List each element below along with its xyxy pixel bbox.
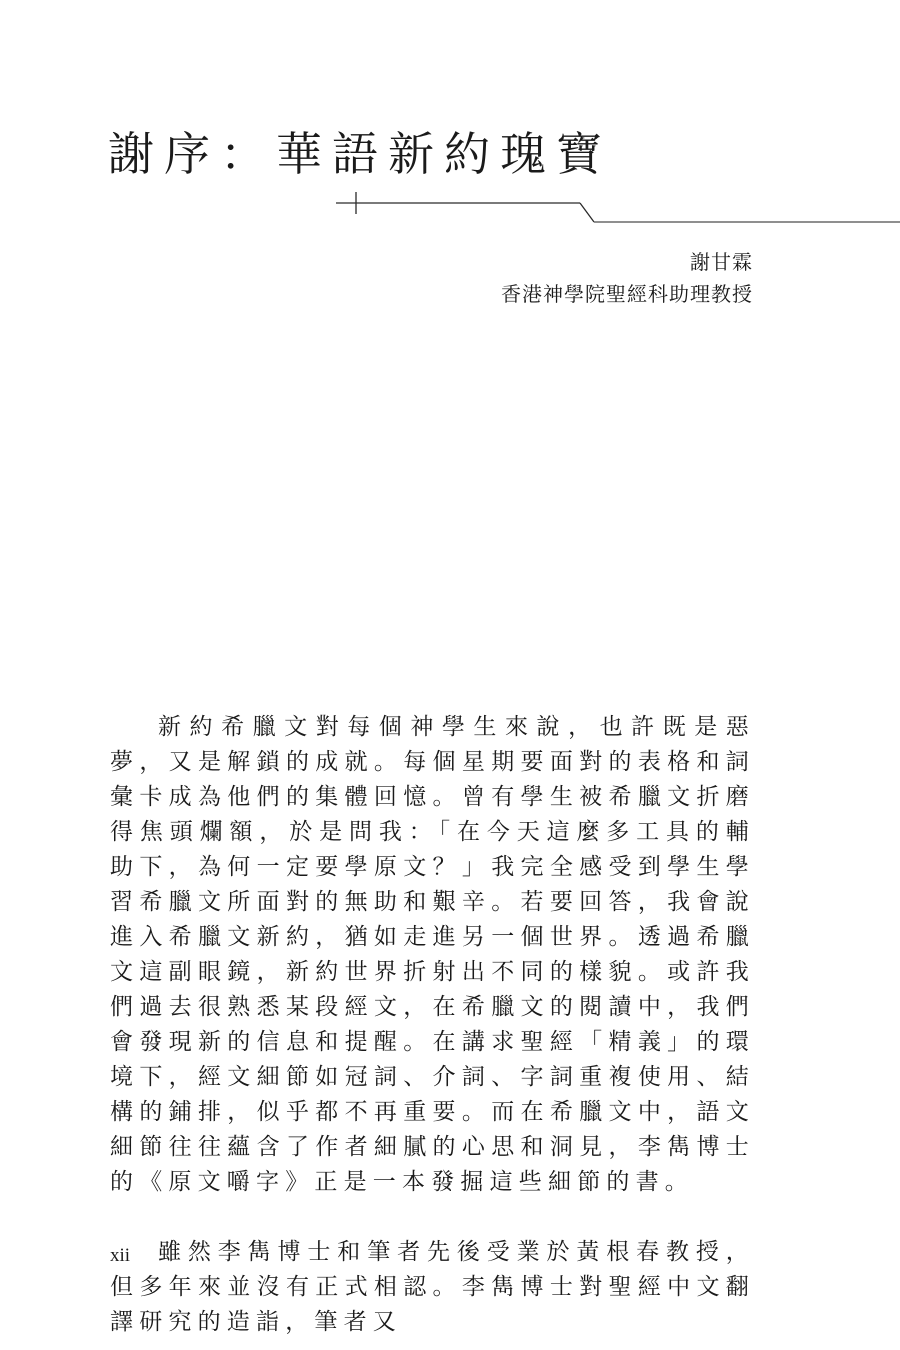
byline: 謝甘霖 香港神學院聖經科助理教授 — [501, 246, 753, 310]
body-text: 新約希臘文對每個神學生來說，也許既是惡夢，又是解鎖的成就。每個星期要面對的表格和… — [110, 710, 755, 1340]
title-rule-ornament — [0, 0, 900, 240]
paragraph: 新約希臘文對每個神學生來說，也許既是惡夢，又是解鎖的成就。每個星期要面對的表格和… — [110, 710, 755, 1200]
author-affiliation: 香港神學院聖經科助理教授 — [501, 278, 753, 310]
chapter-title: 謝序：華語新約瑰寶 — [108, 124, 612, 184]
page-number: xii — [110, 1244, 130, 1268]
author-name: 謝甘霖 — [501, 246, 753, 278]
paragraph: 雖然李雋博士和筆者先後受業於黃根春教授，但多年來並沒有正式相認。李雋博士對聖經中… — [110, 1235, 755, 1340]
